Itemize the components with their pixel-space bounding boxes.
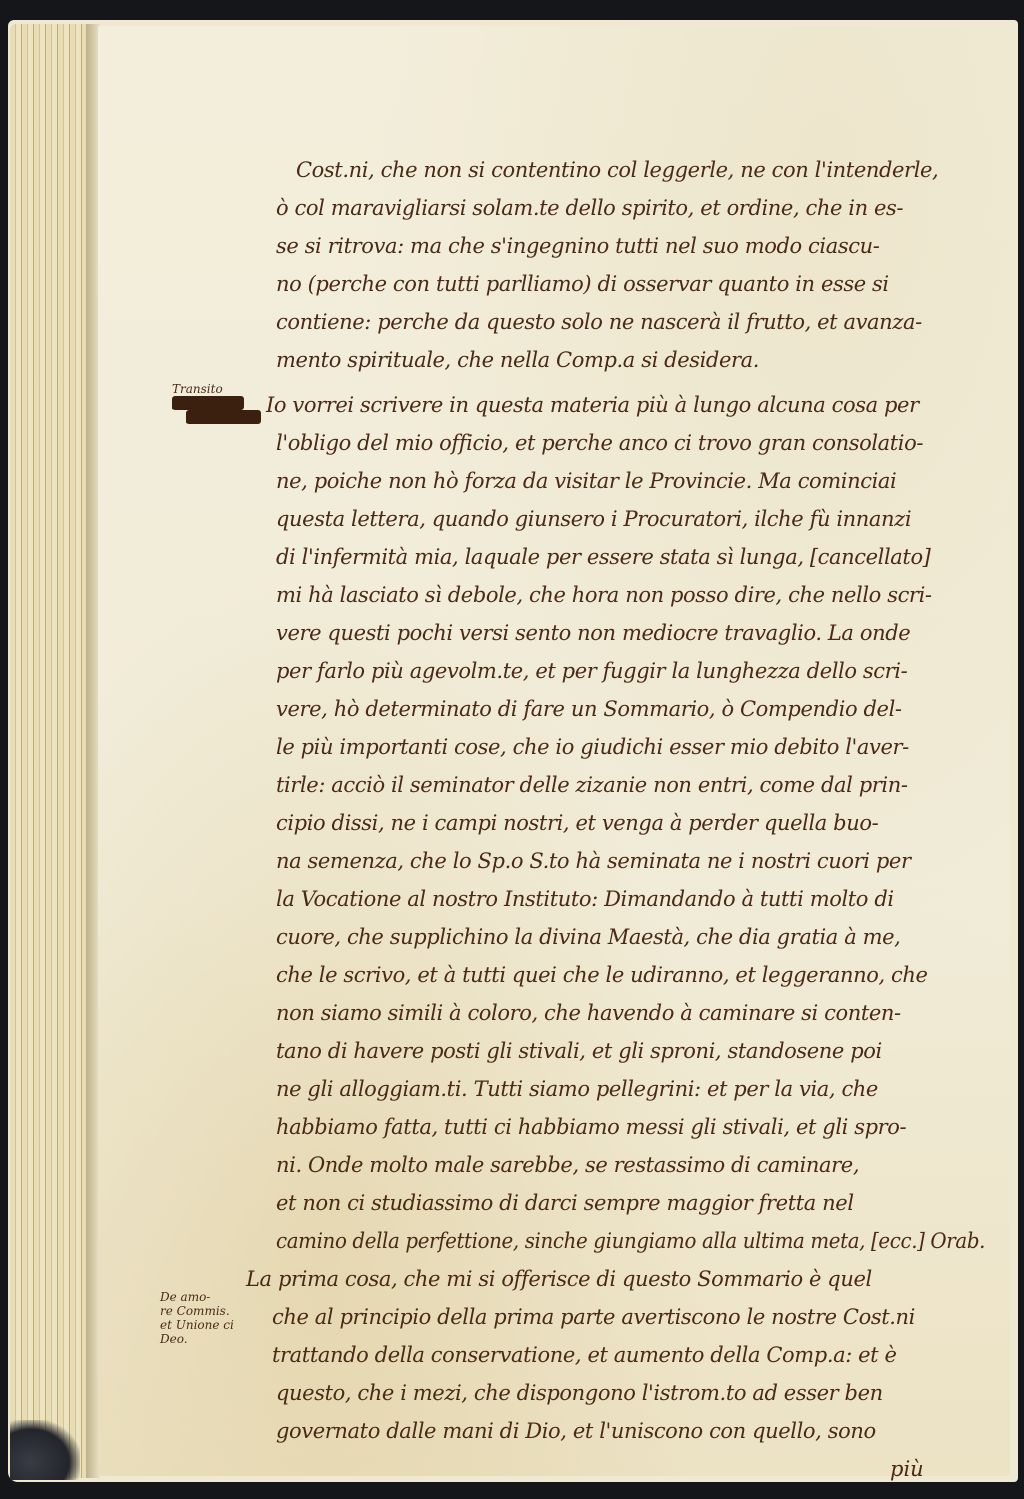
text-line: questo, che i mezi, che dispongono l'ist… [276,1383,883,1404]
text-line: Cost.ni, che non si contentino col legge… [296,160,938,181]
text-line: non siamo simili à coloro, che havendo à… [276,1003,901,1024]
text-line: che le scrivo, et à tutti quei che le ud… [276,965,928,986]
margin-note-line: re Commis. [160,1304,234,1318]
text-line: le più importanti cose, che io giudichi … [276,737,909,758]
catchword: più [890,1457,924,1481]
margin-note-line: Deo. [160,1332,234,1346]
text-line: questa lettera, quando giunsero i Procur… [276,509,911,530]
margin-note-line: Transito [172,382,261,396]
margin-note-struck: [cancellato] [172,396,261,410]
text-line: habbiamo fatta, tutti ci habbiamo messi … [276,1117,906,1138]
text-line: Io vorrei scrivere in questa materia più… [266,395,919,416]
text-line: ò col maravigliarsi solam.te dello spiri… [276,198,903,219]
text-line: che al principio della prima parte avert… [272,1307,915,1328]
text-line: vere questi pochi versi sento non medioc… [276,623,910,644]
text-line: mento spirituale, che nella Comp.a si de… [276,350,759,371]
text-line: La prima cosa, che mi si offerisce di qu… [246,1269,872,1290]
text-line: di l'infermità mia, laquale per essere s… [276,547,930,568]
text-line: et non ci studiassimo di darci sempre ma… [276,1193,854,1214]
text-line: se si ritrova: ma che s'ingegnino tutti … [276,236,879,257]
margin-note-line: et Unione ci [160,1318,234,1332]
text-line: ne, poiche non hò forza da visitar le Pr… [276,471,896,492]
text-line: governato dalle mani di Dio, et l'unisco… [276,1421,876,1442]
text-line: camino della perfettione, sinche giungia… [276,1231,985,1252]
margin-note-transitio: Transito [cancellato] [cancellato]. [172,382,261,424]
text-line: no (perche con tutti parlliamo) di osser… [276,274,889,295]
text-line: cuore, che supplichino la divina Maestà,… [276,927,900,948]
text-line: ne gli alloggiam.ti. Tutti siamo pellegr… [276,1079,878,1100]
text-line: tano di havere posti gli stivali, et gli… [276,1041,882,1062]
margin-note-line: De amo- [160,1290,234,1304]
text-line: trattando della conservatione, et aument… [272,1345,897,1366]
text-line: vere, hò determinato di fare un Sommario… [276,699,902,720]
text-line: cipio dissi, ne i campi nostri, et venga… [276,813,878,834]
page-edges [10,24,88,1478]
text-line: na semenza, che lo Sp.o S.to hà seminata… [276,851,911,872]
text-line: ni. Onde molto male sarebbe, se restassi… [276,1155,859,1176]
text-line: la Vocatione al nostro Instituto: Dimand… [276,889,894,910]
margin-note-de-amore: De amo- re Commis. et Unione ci Deo. [160,1290,234,1346]
text-line: tirle: acciò il seminator delle zizanie … [276,775,908,796]
corner-damage [10,1420,80,1480]
text-line: mi hà lasciato sì debole, che hora non p… [276,585,932,606]
text-line: contiene: perche da questo solo ne nasce… [276,312,922,333]
text-line: l'obligo del mio officio, et perche anco… [276,433,923,454]
margin-note-struck: [cancellato]. [172,410,261,424]
text-line: per farlo più agevolm.te, et per fuggir … [276,661,907,682]
